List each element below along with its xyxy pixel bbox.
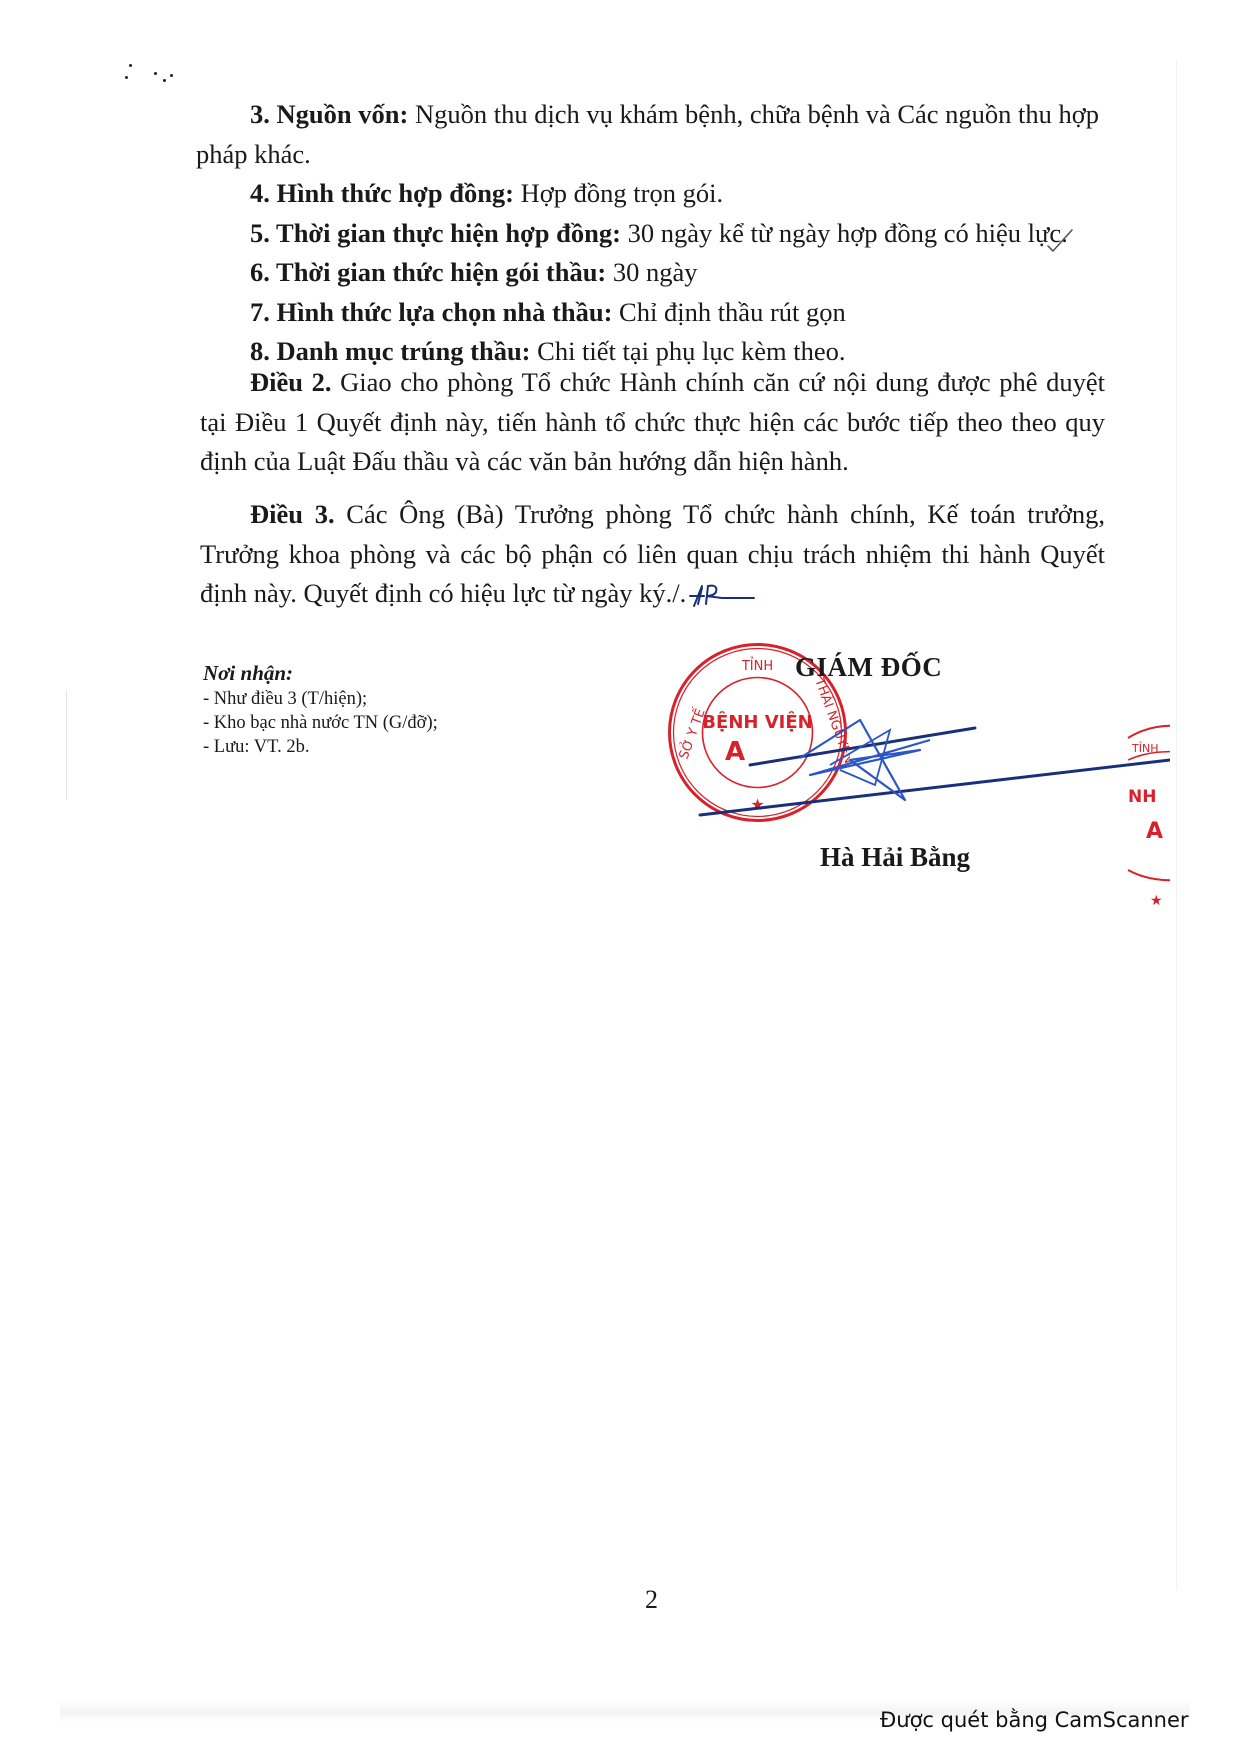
item-contract-duration: 5. Thời gian thực hiện hợp đồng: 30 ngày…	[200, 214, 1105, 254]
recipient-item: - Kho bạc nhà nước TN (G/đỡ);	[203, 711, 438, 735]
recipients-title: Nơi nhận:	[203, 660, 438, 687]
page-number: 2	[645, 1585, 658, 1615]
item-package-duration: 6. Thời gian thức hiện gói thầu: 30 ngày	[200, 253, 1105, 293]
partial-seal-icon: TỈNH NH A ★	[1120, 720, 1170, 910]
item-contract-type: 4. Hình thức hợp đồng: Hợp đồng trọn gói…	[200, 174, 1105, 214]
article-3-line-2: Trưởng khoa phòng và các bộ phận có liên…	[200, 535, 1105, 575]
signer-position: GIÁM ĐỐC	[795, 652, 942, 683]
article-2-line-2: tại Điều 1 Quyết định này, tiến hành tổ …	[200, 403, 1105, 443]
item-funding-source-cont: pháp khác.	[196, 135, 1105, 175]
scan-specks	[125, 62, 205, 102]
recipient-item: - Lưu: VT. 2b.	[203, 735, 438, 759]
signer-name: Hà Hải Bằng	[820, 842, 970, 873]
item-funding-source: 3. Nguồn vốn: Nguồn thu dịch vụ khám bện…	[200, 95, 1105, 135]
scan-edge-right	[1176, 60, 1177, 1590]
article-3-line-3: định này. Quyết định có hiệu lực từ ngày…	[200, 574, 1105, 614]
svg-text:★: ★	[1150, 893, 1163, 909]
decision-items: 3. Nguồn vốn: Nguồn thu dịch vụ khám bện…	[200, 95, 1105, 372]
director-signature-icon	[690, 690, 1170, 830]
camscanner-watermark: Được quét bằng CamScanner	[880, 1708, 1189, 1732]
article-2: Điều 2. Giao cho phòng Tổ chức Hành chín…	[200, 363, 1105, 482]
item-selection-method: 7. Hình thức lựa chọn nhà thầu: Chỉ định…	[200, 293, 1105, 333]
svg-text:NH: NH	[1128, 787, 1156, 807]
initials-signature-icon	[688, 582, 756, 610]
article-2-line-1: Điều 2. Giao cho phòng Tổ chức Hành chín…	[200, 363, 1105, 403]
article-2-line-3: định của Luật Đấu thầu và các văn bản hư…	[200, 442, 1105, 482]
svg-text:A: A	[1146, 819, 1163, 844]
svg-text:TỈNH: TỈNH	[741, 657, 773, 674]
scan-edge-left	[66, 690, 67, 800]
article-3-line-1: Điều 3. Các Ông (Bà) Trưởng phòng Tổ chứ…	[200, 495, 1105, 535]
recipient-item: - Như điều 3 (T/hiện);	[203, 687, 438, 711]
recipients-block: Nơi nhận: - Như điều 3 (T/hiện); - Kho b…	[203, 660, 438, 759]
article-3: Điều 3. Các Ông (Bà) Trưởng phòng Tổ chứ…	[200, 495, 1105, 614]
check-mark-icon	[1045, 226, 1075, 256]
